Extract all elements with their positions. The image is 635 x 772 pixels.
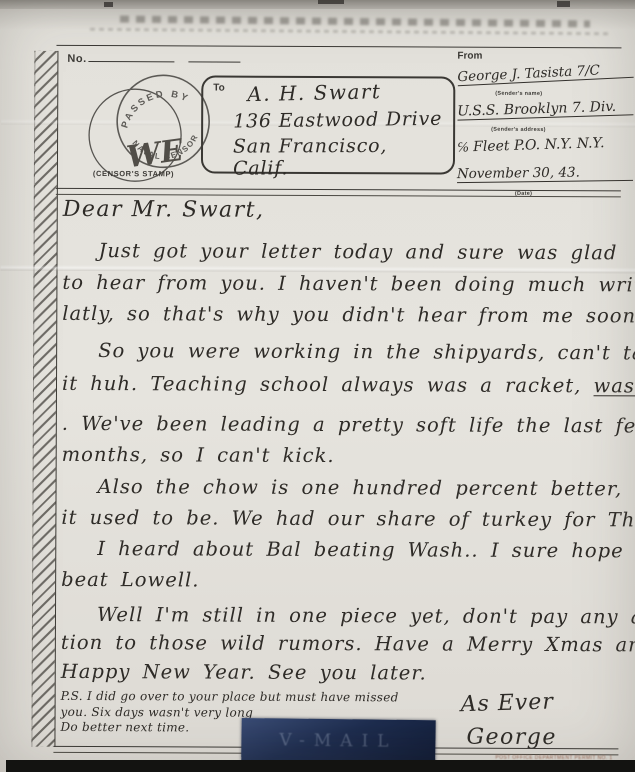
letter-line: it used to be. We had our share of turke… <box>61 506 619 531</box>
letter-line: it huh. Teaching school always was a rac… <box>62 372 620 397</box>
signature: George <box>466 725 557 750</box>
letter-line-text: it huh. Teaching school always was a rac… <box>62 372 581 397</box>
letter-line: to hear from you. I haven't been doing m… <box>62 271 620 296</box>
letter-line: months, so I can't kick. <box>62 443 620 468</box>
letter-line: Also the chow is one hundred percent bet… <box>62 475 635 501</box>
underlined-phrase: wasn't it. <box>594 374 635 397</box>
salutation: Dear Mr. Swart, <box>63 197 265 223</box>
letter-line: . We've been leading a pretty soft life … <box>62 412 620 437</box>
vmail-form: No. PASSED BY NAVAL CENSOR WE (CENSOR'S … <box>0 0 635 772</box>
vmail-stamp: V-MAIL <box>241 718 435 763</box>
photo-bottom-edge <box>6 760 635 772</box>
letter-line: Just got your letter today and sure was … <box>63 239 635 265</box>
vmail-letter-photo: No. PASSED BY NAVAL CENSOR WE (CENSOR'S … <box>0 0 635 772</box>
ps-line-1: P.S. I did go over to your place but mus… <box>61 689 481 706</box>
letter-line: Happy New Year. See you later. <box>61 660 619 685</box>
letter-body: Dear Mr. Swart, Just got your letter tod… <box>60 0 621 761</box>
closing: As Ever <box>460 689 554 717</box>
letter-line: I heard about Bal beating Wash.. I sure … <box>61 537 635 563</box>
vmail-stamp-text: V-MAIL <box>279 730 397 751</box>
left-hatch-border <box>31 51 58 747</box>
letter-line: latly, so that's why you didn't hear fro… <box>62 302 620 327</box>
letter-line: beat Lowell. <box>61 568 619 593</box>
letter-line: tion to those wild rumors. Have a Merry … <box>61 631 619 656</box>
letter-line: Well I'm still in one piece yet, don't p… <box>61 603 635 629</box>
letter-line: So you were working in the shipyards, ca… <box>62 339 635 365</box>
